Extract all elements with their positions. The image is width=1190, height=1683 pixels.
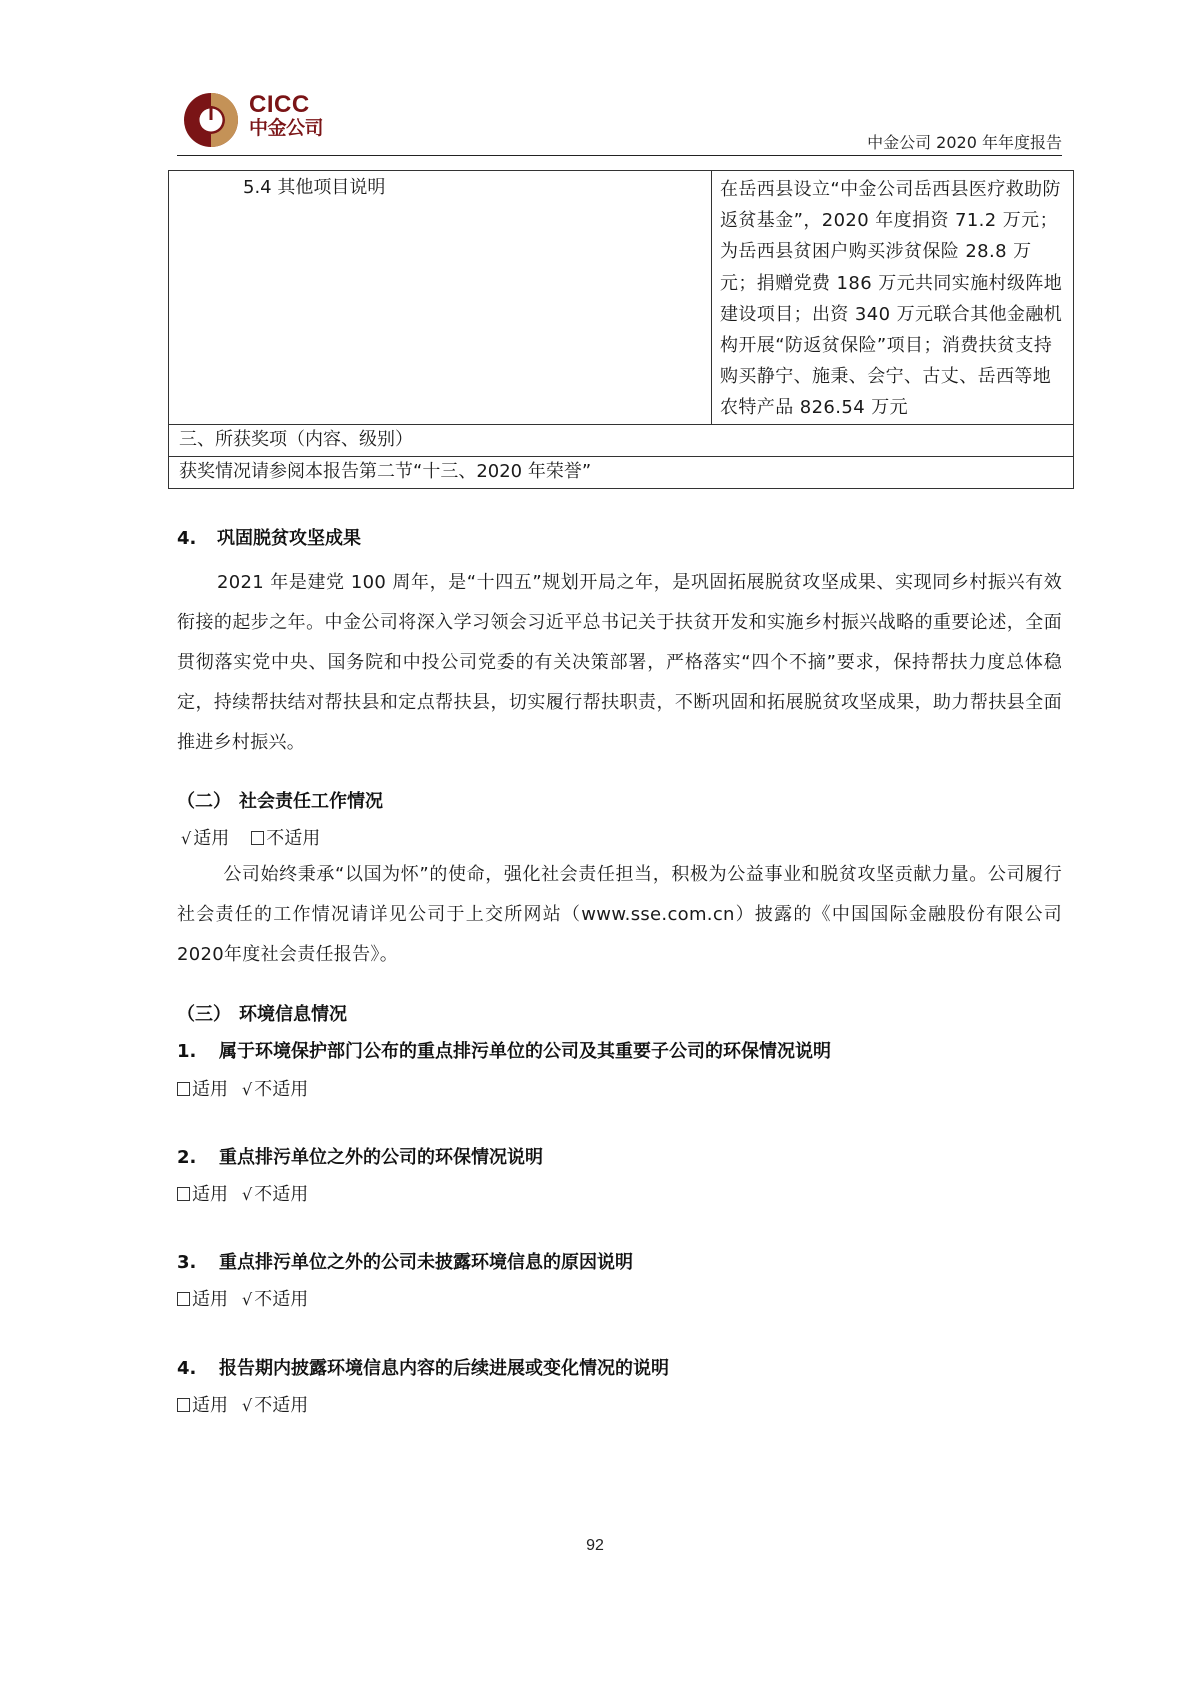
checkmark-icon: √ xyxy=(242,1394,252,1418)
not-applicable-label: 不适用 xyxy=(254,1395,308,1416)
table-cell-awards-note: 获奖情况请参阅本报告第二节“十三、2020 年荣誉” xyxy=(169,456,1074,488)
checkmark-icon: √ xyxy=(242,1288,252,1312)
table-cell-content: 在岳西县设立“中金公司岳西县医疗救助防返贫基金”，2020 年度捐资 71.2 … xyxy=(712,171,1074,425)
table-row: 获奖情况请参阅本报告第二节“十三、2020 年荣誉” xyxy=(169,456,1074,488)
page-number: 92 xyxy=(0,1536,1190,1556)
not-applicable-label: 不适用 xyxy=(254,1184,308,1205)
section-number: （三） xyxy=(177,1003,239,1027)
applicability-env-2: 适用√不适用 xyxy=(177,1183,308,1207)
not-applicable-label: 不适用 xyxy=(254,1079,308,1100)
section-title: 社会责任工作情况 xyxy=(239,791,383,812)
env-item-heading: 3.重点排污单位之外的公司未披露环境信息的原因说明 xyxy=(177,1251,633,1275)
paragraph-consolidate: 2021 年是建党 100 周年，是“十四五”规划开局之年，是巩固拓展脱贫攻坚成… xyxy=(177,563,1062,763)
table-cell-awards-heading: 三、所获奖项（内容、级别） xyxy=(169,424,1074,456)
item-title: 重点排污单位之外的公司未披露环境信息的原因说明 xyxy=(219,1252,633,1273)
report-title: 中金公司 2020 年年度报告 xyxy=(867,133,1062,153)
checkbox-empty-icon xyxy=(177,1292,190,1306)
paragraph-social: 公司始终秉承“以国为怀”的使命，强化社会责任担当，积极为公益事业和脱贫攻坚贡献力… xyxy=(177,855,1062,975)
item-number: 2. xyxy=(177,1146,219,1170)
section-heading-environment: （三）环境信息情况 xyxy=(177,1003,347,1027)
logo-name-en: CICC xyxy=(249,93,310,117)
applicability-env-4: 适用√不适用 xyxy=(177,1394,308,1418)
table-row: 5.4 其他项目说明 在岳西县设立“中金公司岳西县医疗救助防返贫基金”，2020… xyxy=(169,171,1074,425)
env-item-heading: 4.报告期内披露环境信息内容的后续进展或变化情况的说明 xyxy=(177,1357,669,1381)
section-number: 4. xyxy=(177,527,217,551)
checkmark-icon: √ xyxy=(242,1183,252,1207)
table-cell-label: 5.4 其他项目说明 xyxy=(169,171,712,425)
applicable-label: 适用 xyxy=(193,828,229,849)
item-title: 属于环境保护部门公布的重点排污单位的公司及其重要子公司的环保情况说明 xyxy=(219,1041,831,1062)
item-title: 报告期内披露环境信息内容的后续进展或变化情况的说明 xyxy=(219,1358,669,1379)
checkbox-empty-icon xyxy=(177,1187,190,1201)
checkbox-empty-icon xyxy=(177,1398,190,1412)
section-number: （二） xyxy=(177,790,239,814)
env-item-heading: 2.重点排污单位之外的公司的环保情况说明 xyxy=(177,1146,543,1170)
paragraph-text: 2021 年是建党 100 周年，是“十四五”规划开局之年，是巩固拓展脱贫攻坚成… xyxy=(177,572,1062,753)
item-title: 重点排污单位之外的公司的环保情况说明 xyxy=(219,1147,543,1168)
checkmark-icon: √ xyxy=(242,1078,252,1102)
checkbox-empty-icon xyxy=(251,831,264,845)
logo-name-cn: 中金公司 xyxy=(249,117,323,139)
applicable-label: 适用 xyxy=(192,1184,228,1205)
applicability-social: √适用不适用 xyxy=(181,827,320,851)
section-heading-consolidate: 4.巩固脱贫攻坚成果 xyxy=(177,527,361,551)
header-divider xyxy=(177,155,1062,156)
poverty-items-table: 5.4 其他项目说明 在岳西县设立“中金公司岳西县医疗救助防返贫基金”，2020… xyxy=(168,170,1074,489)
applicable-label: 适用 xyxy=(192,1289,228,1310)
cicc-logo-icon xyxy=(183,92,239,148)
env-item-heading: 1.属于环境保护部门公布的重点排污单位的公司及其重要子公司的环保情况说明 xyxy=(177,1040,831,1064)
section-title: 环境信息情况 xyxy=(239,1004,347,1025)
applicability-env-1: 适用√不适用 xyxy=(177,1078,308,1102)
table-row: 三、所获奖项（内容、级别） xyxy=(169,424,1074,456)
not-applicable-label: 不适用 xyxy=(254,1289,308,1310)
item-number: 1. xyxy=(177,1040,219,1064)
item-number: 3. xyxy=(177,1251,219,1275)
checkmark-icon: √ xyxy=(181,827,191,851)
not-applicable-label: 不适用 xyxy=(266,828,320,849)
checkbox-empty-icon xyxy=(177,1082,190,1096)
section-title: 巩固脱贫攻坚成果 xyxy=(217,528,361,549)
applicability-env-3: 适用√不适用 xyxy=(177,1288,308,1312)
applicable-label: 适用 xyxy=(192,1395,228,1416)
applicable-label: 适用 xyxy=(192,1079,228,1100)
section-heading-social: （二）社会责任工作情况 xyxy=(177,790,383,814)
item-number: 4. xyxy=(177,1357,219,1381)
paragraph-text: 公司始终秉承“以国为怀”的使命，强化社会责任担当，积极为公益事业和脱贫攻坚贡献力… xyxy=(177,864,1062,965)
